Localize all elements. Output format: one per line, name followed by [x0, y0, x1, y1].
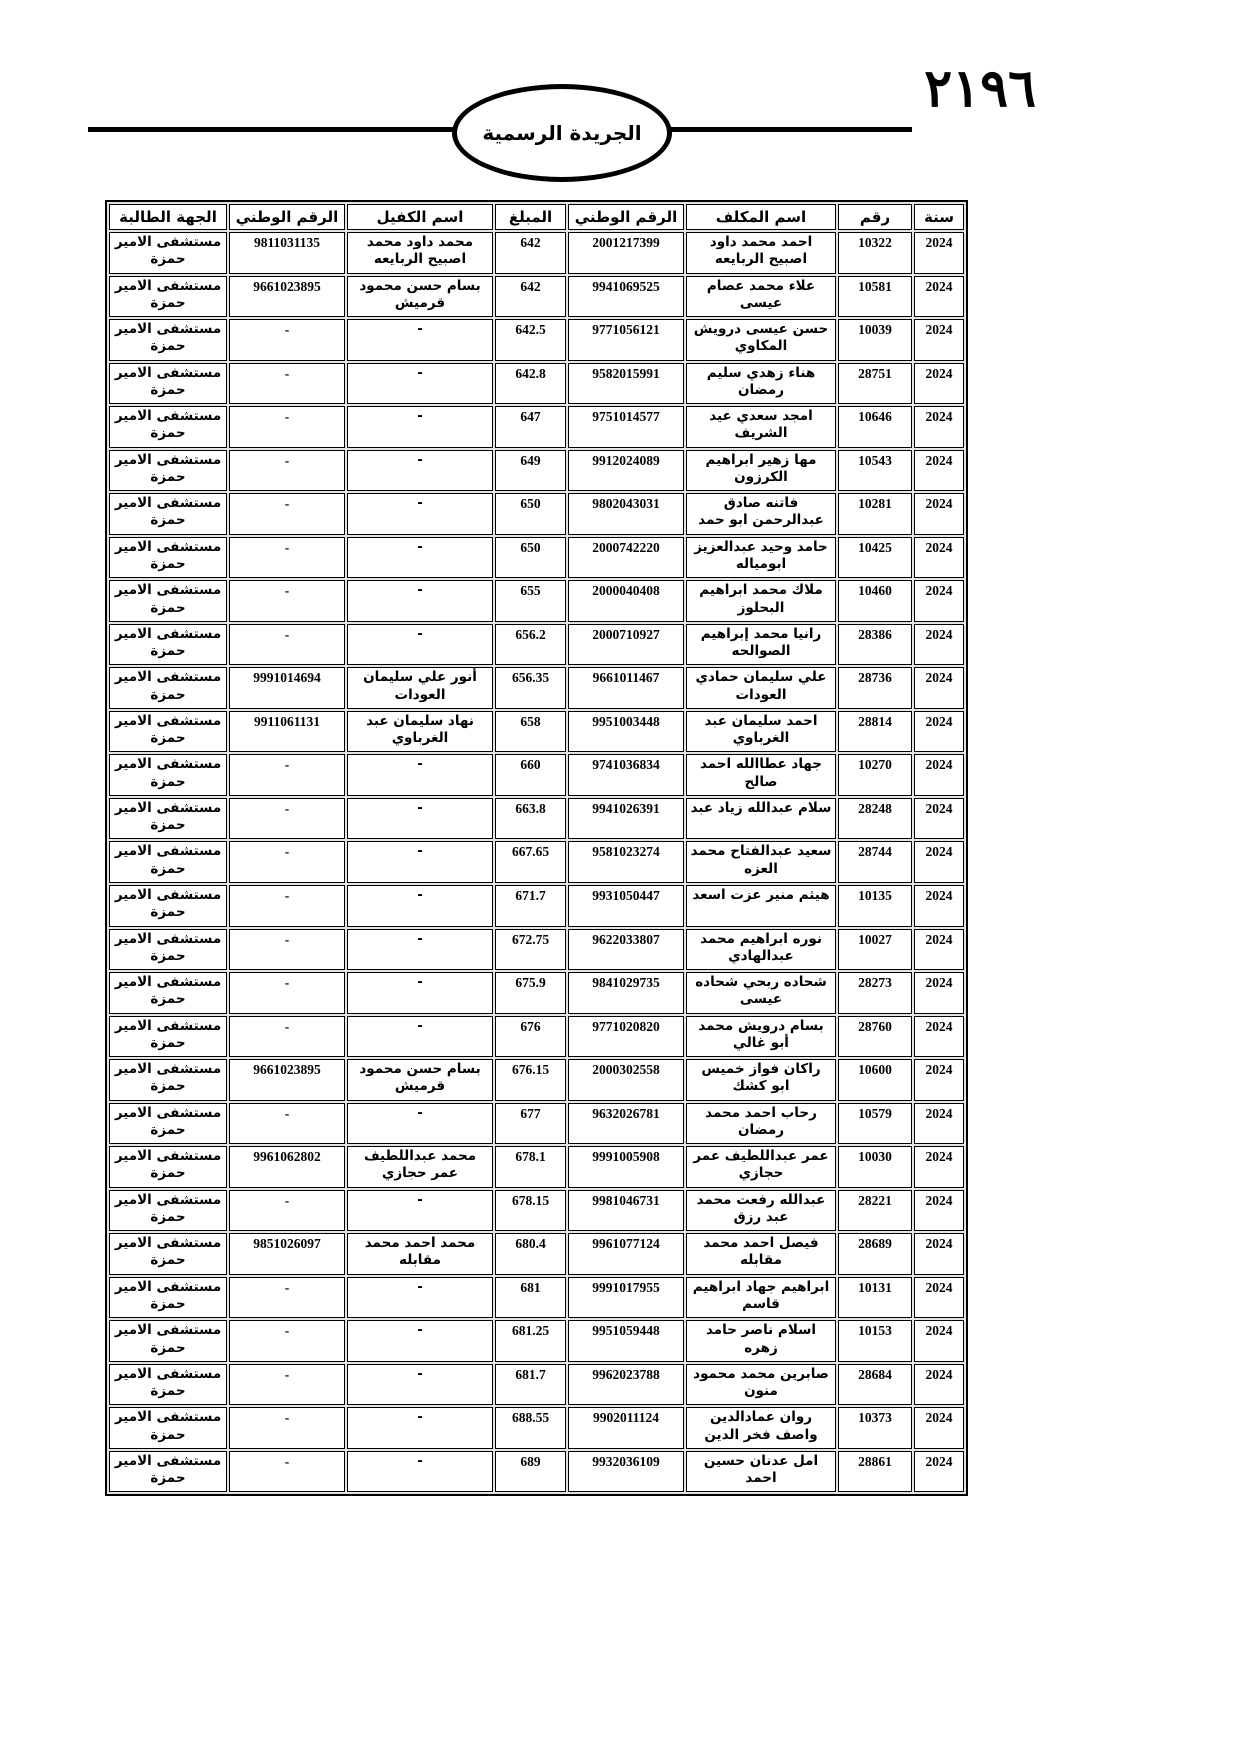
cell-year: 2024 — [914, 319, 964, 361]
cell-taxpayer_name: حسن عيسى درويش المكاوي — [686, 319, 836, 361]
cell-guarantor_national_id: - — [229, 972, 345, 1014]
table-row: 202410135هيثم منير عزت اسعد9931050447671… — [109, 885, 964, 927]
cell-guarantor_national_id: - — [229, 798, 345, 840]
cell-amount: 672.75 — [495, 929, 566, 971]
cell-amount: 689 — [495, 1451, 566, 1493]
cell-taxpayer_name: هيثم منير عزت اسعد — [686, 885, 836, 927]
cell-requesting_entity: مستشفى الامير حمزة — [109, 363, 227, 405]
cell-taxpayer_name: امل عدنان حسين احمد — [686, 1451, 836, 1493]
cell-taxpayer_name: علاء محمد عصام عيسى — [686, 276, 836, 318]
cell-year: 2024 — [914, 363, 964, 405]
cell-national_id: 9622033807 — [568, 929, 684, 971]
cell-national_id: 9981046731 — [568, 1190, 684, 1232]
cell-guarantor_national_id: - — [229, 1277, 345, 1319]
cell-year: 2024 — [914, 537, 964, 579]
cell-amount: 650 — [495, 537, 566, 579]
cell-guarantor_name: - — [347, 624, 493, 666]
cell-number: 10270 — [838, 754, 912, 796]
cell-taxpayer_name: ملاك محمد ابراهيم البحلوز — [686, 580, 836, 622]
cell-taxpayer_name: عبدالله رفعت محمد عبد رزق — [686, 1190, 836, 1232]
cell-guarantor_national_id: - — [229, 319, 345, 361]
cell-guarantor_name: - — [347, 450, 493, 492]
gazette-page: ٢١٩٦ الجريدة الرسمية سنةرقماسم المكلفالر… — [0, 0, 1241, 1754]
cell-number: 10581 — [838, 276, 912, 318]
cell-year: 2024 — [914, 406, 964, 448]
cell-amount: 655 — [495, 580, 566, 622]
cell-guarantor_name: - — [347, 363, 493, 405]
cell-amount: 688.55 — [495, 1407, 566, 1449]
cell-year: 2024 — [914, 1451, 964, 1493]
cell-number: 28248 — [838, 798, 912, 840]
table-row: 202410646امجد سعدي عيد الشريف97510145776… — [109, 406, 964, 448]
cell-number: 28814 — [838, 711, 912, 753]
cell-guarantor_name: بسام حسن محمود قرميش — [347, 276, 493, 318]
cell-requesting_entity: مستشفى الامير حمزة — [109, 1016, 227, 1058]
cell-taxpayer_name: نوره ابراهيم محمد عبدالهادي — [686, 929, 836, 971]
table-row: 202428386رانيا محمد إبراهيم الصوالحه2000… — [109, 624, 964, 666]
cell-year: 2024 — [914, 1103, 964, 1145]
cell-number: 28684 — [838, 1364, 912, 1406]
table-row: 202410153اسلام ناصر حامد زهره99510594486… — [109, 1320, 964, 1362]
cell-year: 2024 — [914, 232, 964, 274]
cell-taxpayer_name: رانيا محمد إبراهيم الصوالحه — [686, 624, 836, 666]
cell-requesting_entity: مستشفى الامير حمزة — [109, 1407, 227, 1449]
cell-year: 2024 — [914, 1059, 964, 1101]
cell-amount: 675.9 — [495, 972, 566, 1014]
cell-number: 10135 — [838, 885, 912, 927]
cell-guarantor_national_id: 9911061131 — [229, 711, 345, 753]
cell-requesting_entity: مستشفى الامير حمزة — [109, 798, 227, 840]
cell-guarantor_national_id: - — [229, 1016, 345, 1058]
cell-requesting_entity: مستشفى الامير حمزة — [109, 841, 227, 883]
cell-taxpayer_name: صابرين محمد محمود منون — [686, 1364, 836, 1406]
table-header: سنةرقماسم المكلفالرقم الوطنيالمبلغاسم ال… — [109, 204, 964, 230]
cell-guarantor_national_id: - — [229, 1190, 345, 1232]
cell-requesting_entity: مستشفى الامير حمزة — [109, 1146, 227, 1188]
cell-requesting_entity: مستشفى الامير حمزة — [109, 276, 227, 318]
cell-number: 28760 — [838, 1016, 912, 1058]
cell-year: 2024 — [914, 624, 964, 666]
cell-requesting_entity: مستشفى الامير حمزة — [109, 1059, 227, 1101]
cell-taxpayer_name: فاتنه صادق عبدالرحمن ابو حمد — [686, 493, 836, 535]
cell-taxpayer_name: علي سليمان حمادي العودات — [686, 667, 836, 709]
cell-amount: 681.7 — [495, 1364, 566, 1406]
table-row: 202410270جهاد عطاالله احمد صالح974103683… — [109, 754, 964, 796]
cell-number: 28689 — [838, 1233, 912, 1275]
cell-guarantor_name: - — [347, 1103, 493, 1145]
cell-requesting_entity: مستشفى الامير حمزة — [109, 1320, 227, 1362]
cell-guarantor_name: محمد داود محمد اصبيح الربايعه — [347, 232, 493, 274]
cell-guarantor_national_id: - — [229, 624, 345, 666]
cell-requesting_entity: مستشفى الامير حمزة — [109, 1451, 227, 1493]
cell-number: 28386 — [838, 624, 912, 666]
cell-amount: 676.15 — [495, 1059, 566, 1101]
table-row: 202410460ملاك محمد ابراهيم البحلوز200004… — [109, 580, 964, 622]
column-header-requesting_entity: الجهة الطالبة — [109, 204, 227, 230]
cell-year: 2024 — [914, 1364, 964, 1406]
cell-national_id: 9932036109 — [568, 1451, 684, 1493]
cell-guarantor_name: - — [347, 929, 493, 971]
cell-year: 2024 — [914, 667, 964, 709]
cell-national_id: 9841029735 — [568, 972, 684, 1014]
cell-amount: 642 — [495, 232, 566, 274]
cell-taxpayer_name: فيصل احمد محمد مقابله — [686, 1233, 836, 1275]
cell-taxpayer_name: رحاب احمد محمد رمضان — [686, 1103, 836, 1145]
cell-requesting_entity: مستشفى الامير حمزة — [109, 972, 227, 1014]
cell-requesting_entity: مستشفى الامير حمزة — [109, 1103, 227, 1145]
cell-number: 10027 — [838, 929, 912, 971]
cell-guarantor_national_id: 9851026097 — [229, 1233, 345, 1275]
cell-taxpayer_name: بسام درويش محمد أبو غالي — [686, 1016, 836, 1058]
cell-number: 10030 — [838, 1146, 912, 1188]
cell-requesting_entity: مستشفى الامير حمزة — [109, 319, 227, 361]
cell-requesting_entity: مستشفى الامير حمزة — [109, 450, 227, 492]
cell-amount: 660 — [495, 754, 566, 796]
cell-national_id: 9962023788 — [568, 1364, 684, 1406]
cell-number: 10579 — [838, 1103, 912, 1145]
table-row: 202428751هناء زهدي سليم رمضان95820159916… — [109, 363, 964, 405]
cell-national_id: 9582015991 — [568, 363, 684, 405]
table-row: 202410131ابراهيم جهاد ابراهيم قاسم999101… — [109, 1277, 964, 1319]
cell-requesting_entity: مستشفى الامير حمزة — [109, 754, 227, 796]
cell-national_id: 9912024089 — [568, 450, 684, 492]
cell-number: 10039 — [838, 319, 912, 361]
cell-year: 2024 — [914, 1233, 964, 1275]
cell-amount: 656.2 — [495, 624, 566, 666]
cell-year: 2024 — [914, 276, 964, 318]
cell-national_id: 2000040408 — [568, 580, 684, 622]
cell-requesting_entity: مستشفى الامير حمزة — [109, 1277, 227, 1319]
table-row: 202428861امل عدنان حسين احمد993203610968… — [109, 1451, 964, 1493]
cell-national_id: 2000710927 — [568, 624, 684, 666]
cell-taxpayer_name: جهاد عطاالله احمد صالح — [686, 754, 836, 796]
cell-guarantor_national_id: - — [229, 754, 345, 796]
cell-guarantor_name: - — [347, 1407, 493, 1449]
cell-guarantor_national_id: - — [229, 1407, 345, 1449]
cell-number: 10460 — [838, 580, 912, 622]
column-header-guarantor_name: اسم الكفيل — [347, 204, 493, 230]
cell-guarantor_national_id: - — [229, 493, 345, 535]
cell-year: 2024 — [914, 1320, 964, 1362]
column-header-number: رقم — [838, 204, 912, 230]
cell-national_id: 9941026391 — [568, 798, 684, 840]
cell-guarantor_name: محمد احمد محمد مقابله — [347, 1233, 493, 1275]
cell-requesting_entity: مستشفى الامير حمزة — [109, 929, 227, 971]
gazette-title-oval: الجريدة الرسمية — [452, 84, 672, 182]
cell-number: 28736 — [838, 667, 912, 709]
cell-number: 28861 — [838, 1451, 912, 1493]
cell-guarantor_name: - — [347, 1320, 493, 1362]
cell-amount: 663.8 — [495, 798, 566, 840]
cell-guarantor_national_id: 9991014694 — [229, 667, 345, 709]
cell-requesting_entity: مستشفى الامير حمزة — [109, 1364, 227, 1406]
cell-guarantor_name: محمد عبداللطيف عمر حجازي — [347, 1146, 493, 1188]
cell-taxpayer_name: ابراهيم جهاد ابراهيم قاسم — [686, 1277, 836, 1319]
cell-year: 2024 — [914, 972, 964, 1014]
table-row: 202410425حامد وحيد عبدالعزيز ابومياله200… — [109, 537, 964, 579]
table-row: 202410030عمر عبداللطيف عمر حجازي99910059… — [109, 1146, 964, 1188]
cell-amount: 671.7 — [495, 885, 566, 927]
table-row: 202428273شحاده ربحي شحاده عيسى9841029735… — [109, 972, 964, 1014]
cell-requesting_entity: مستشفى الامير حمزة — [109, 493, 227, 535]
cell-year: 2024 — [914, 580, 964, 622]
cell-taxpayer_name: مها زهير ابراهيم الكرزون — [686, 450, 836, 492]
cell-taxpayer_name: سعيد عبدالفتاح محمد العزه — [686, 841, 836, 883]
cell-guarantor_national_id: - — [229, 1103, 345, 1145]
cell-number: 10281 — [838, 493, 912, 535]
cell-guarantor_national_id: 9661023895 — [229, 1059, 345, 1101]
table-row: 202410373روان عمادالدين واصف فخر الدين99… — [109, 1407, 964, 1449]
table-body: 202410322احمد محمد داود اصبيح الربايعه20… — [109, 232, 964, 1492]
cell-number: 28744 — [838, 841, 912, 883]
cell-number: 28273 — [838, 972, 912, 1014]
cell-taxpayer_name: احمد محمد داود اصبيح الربايعه — [686, 232, 836, 274]
cell-national_id: 9632026781 — [568, 1103, 684, 1145]
cell-amount: 677 — [495, 1103, 566, 1145]
cell-guarantor_national_id: - — [229, 450, 345, 492]
table-row: 202428684صابرين محمد محمود منون996202378… — [109, 1364, 964, 1406]
table-row: 202410039حسن عيسى درويش المكاوي977105612… — [109, 319, 964, 361]
cell-number: 10425 — [838, 537, 912, 579]
table-row: 202410579رحاب احمد محمد رمضان96320267816… — [109, 1103, 964, 1145]
cell-year: 2024 — [914, 493, 964, 535]
table-row: 202428814احمد سليمان عبد الغرباوي9951003… — [109, 711, 964, 753]
cell-guarantor_national_id: - — [229, 580, 345, 622]
cell-amount: 642.5 — [495, 319, 566, 361]
cell-amount: 649 — [495, 450, 566, 492]
cell-number: 10543 — [838, 450, 912, 492]
cell-taxpayer_name: روان عمادالدين واصف فخر الدين — [686, 1407, 836, 1449]
cell-year: 2024 — [914, 1190, 964, 1232]
cell-guarantor_name: - — [347, 406, 493, 448]
cell-national_id: 2000742220 — [568, 537, 684, 579]
cell-amount: 650 — [495, 493, 566, 535]
cell-year: 2024 — [914, 711, 964, 753]
cell-requesting_entity: مستشفى الامير حمزة — [109, 232, 227, 274]
cell-guarantor_name: - — [347, 1016, 493, 1058]
cell-requesting_entity: مستشفى الامير حمزة — [109, 1233, 227, 1275]
table-row: 202410322احمد محمد داود اصبيح الربايعه20… — [109, 232, 964, 274]
cell-number: 10131 — [838, 1277, 912, 1319]
cell-national_id: 9661011467 — [568, 667, 684, 709]
cell-amount: 642.8 — [495, 363, 566, 405]
cell-amount: 678.1 — [495, 1146, 566, 1188]
table-row: 202428248سلام عبدالله زياد عبد9941026391… — [109, 798, 964, 840]
cell-guarantor_name: - — [347, 798, 493, 840]
column-header-national_id: الرقم الوطني — [568, 204, 684, 230]
cell-national_id: 9802043031 — [568, 493, 684, 535]
cell-guarantor_name: - — [347, 580, 493, 622]
cell-year: 2024 — [914, 1407, 964, 1449]
cell-national_id: 9581023274 — [568, 841, 684, 883]
cell-number: 10646 — [838, 406, 912, 448]
cell-number: 10153 — [838, 1320, 912, 1362]
cell-year: 2024 — [914, 450, 964, 492]
cell-taxpayer_name: راكان فواز خميس ابو كشك — [686, 1059, 836, 1101]
cell-guarantor_national_id: - — [229, 363, 345, 405]
cell-national_id: 9751014577 — [568, 406, 684, 448]
cell-national_id: 9741036834 — [568, 754, 684, 796]
cell-amount: 656.35 — [495, 667, 566, 709]
table-row: 202410581علاء محمد عصام عيسى994106952564… — [109, 276, 964, 318]
table-row: 202410600راكان فواز خميس ابو كشك20003025… — [109, 1059, 964, 1101]
cell-taxpayer_name: حامد وحيد عبدالعزيز ابومياله — [686, 537, 836, 579]
cell-guarantor_national_id: 9961062802 — [229, 1146, 345, 1188]
cell-amount: 676 — [495, 1016, 566, 1058]
table-row: 202428689فيصل احمد محمد مقابله9961077124… — [109, 1233, 964, 1275]
cell-taxpayer_name: اسلام ناصر حامد زهره — [686, 1320, 836, 1362]
cell-amount: 681.25 — [495, 1320, 566, 1362]
cell-national_id: 9991005908 — [568, 1146, 684, 1188]
table-header-row: سنةرقماسم المكلفالرقم الوطنيالمبلغاسم ال… — [109, 204, 964, 230]
cell-number: 28751 — [838, 363, 912, 405]
cell-guarantor_national_id: 9811031135 — [229, 232, 345, 274]
cell-number: 28221 — [838, 1190, 912, 1232]
cell-guarantor_national_id: 9661023895 — [229, 276, 345, 318]
cell-requesting_entity: مستشفى الامير حمزة — [109, 1190, 227, 1232]
column-header-amount: المبلغ — [495, 204, 566, 230]
cell-guarantor_name: - — [347, 319, 493, 361]
cell-taxpayer_name: سلام عبدالله زياد عبد — [686, 798, 836, 840]
cell-number: 10322 — [838, 232, 912, 274]
cell-guarantor_national_id: - — [229, 1320, 345, 1362]
cell-guarantor_name: - — [347, 1451, 493, 1493]
cell-amount: 678.15 — [495, 1190, 566, 1232]
cell-guarantor_name: أنور علي سليمان العودات — [347, 667, 493, 709]
cell-guarantor_national_id: - — [229, 841, 345, 883]
cell-year: 2024 — [914, 754, 964, 796]
table-row: 202428744سعيد عبدالفتاح محمد العزه958102… — [109, 841, 964, 883]
cell-guarantor_name: بسام حسن محمود قرميش — [347, 1059, 493, 1101]
cell-year: 2024 — [914, 1146, 964, 1188]
cell-guarantor_name: نهاد سليمان عبد الغرباوي — [347, 711, 493, 753]
cell-guarantor_name: - — [347, 1190, 493, 1232]
cell-year: 2024 — [914, 798, 964, 840]
cell-guarantor_national_id: - — [229, 885, 345, 927]
cell-national_id: 9951059448 — [568, 1320, 684, 1362]
cell-taxpayer_name: عمر عبداللطيف عمر حجازي — [686, 1146, 836, 1188]
cell-guarantor_name: - — [347, 841, 493, 883]
cell-requesting_entity: مستشفى الامير حمزة — [109, 580, 227, 622]
cell-guarantor_name: - — [347, 885, 493, 927]
cell-national_id: 9771020820 — [568, 1016, 684, 1058]
cell-guarantor_name: - — [347, 1277, 493, 1319]
cell-guarantor_name: - — [347, 537, 493, 579]
cell-national_id: 2000302558 — [568, 1059, 684, 1101]
cell-national_id: 9991017955 — [568, 1277, 684, 1319]
cell-number: 10600 — [838, 1059, 912, 1101]
cell-national_id: 9902011124 — [568, 1407, 684, 1449]
column-header-year: سنة — [914, 204, 964, 230]
cell-guarantor_name: - — [347, 754, 493, 796]
table-row: 202428760بسام درويش محمد أبو غالي9771020… — [109, 1016, 964, 1058]
cell-amount: 680.4 — [495, 1233, 566, 1275]
cell-guarantor_national_id: - — [229, 929, 345, 971]
cell-guarantor_name: - — [347, 972, 493, 1014]
cell-taxpayer_name: شحاده ربحي شحاده عيسى — [686, 972, 836, 1014]
cell-amount: 658 — [495, 711, 566, 753]
table-row: 202428221عبدالله رفعت محمد عبد رزق998104… — [109, 1190, 964, 1232]
table-row: 202410281فاتنه صادق عبدالرحمن ابو حمد980… — [109, 493, 964, 535]
cell-requesting_entity: مستشفى الامير حمزة — [109, 537, 227, 579]
cell-requesting_entity: مستشفى الامير حمزة — [109, 624, 227, 666]
cell-guarantor_name: - — [347, 1364, 493, 1406]
cell-guarantor_national_id: - — [229, 406, 345, 448]
table-row: 202410543مها زهير ابراهيم الكرزون9912024… — [109, 450, 964, 492]
cell-guarantor_name: - — [347, 493, 493, 535]
cell-amount: 647 — [495, 406, 566, 448]
cell-year: 2024 — [914, 841, 964, 883]
cell-national_id: 9771056121 — [568, 319, 684, 361]
cell-taxpayer_name: هناء زهدي سليم رمضان — [686, 363, 836, 405]
cell-national_id: 9931050447 — [568, 885, 684, 927]
cell-requesting_entity: مستشفى الامير حمزة — [109, 667, 227, 709]
cell-amount: 667.65 — [495, 841, 566, 883]
records-table: سنةرقماسم المكلفالرقم الوطنيالمبلغاسم ال… — [105, 200, 968, 1496]
cell-guarantor_national_id: - — [229, 1451, 345, 1493]
column-header-taxpayer_name: اسم المكلف — [686, 204, 836, 230]
cell-number: 10373 — [838, 1407, 912, 1449]
cell-year: 2024 — [914, 929, 964, 971]
cell-amount: 681 — [495, 1277, 566, 1319]
cell-requesting_entity: مستشفى الامير حمزة — [109, 711, 227, 753]
cell-national_id: 2001217399 — [568, 232, 684, 274]
cell-requesting_entity: مستشفى الامير حمزة — [109, 885, 227, 927]
cell-guarantor_national_id: - — [229, 1364, 345, 1406]
table-row: 202410027نوره ابراهيم محمد عبدالهادي9622… — [109, 929, 964, 971]
cell-national_id: 9951003448 — [568, 711, 684, 753]
cell-year: 2024 — [914, 1277, 964, 1319]
cell-year: 2024 — [914, 885, 964, 927]
cell-national_id: 9941069525 — [568, 276, 684, 318]
gazette-title: الجريدة الرسمية — [482, 121, 641, 145]
cell-national_id: 9961077124 — [568, 1233, 684, 1275]
cell-taxpayer_name: امجد سعدي عيد الشريف — [686, 406, 836, 448]
page-number: ٢١٩٦ — [924, 58, 1036, 119]
cell-requesting_entity: مستشفى الامير حمزة — [109, 406, 227, 448]
table-row: 202428736علي سليمان حمادي العودات9661011… — [109, 667, 964, 709]
cell-year: 2024 — [914, 1016, 964, 1058]
cell-taxpayer_name: احمد سليمان عبد الغرباوي — [686, 711, 836, 753]
column-header-guarantor_national_id: الرقم الوطني — [229, 204, 345, 230]
cell-guarantor_national_id: - — [229, 537, 345, 579]
cell-amount: 642 — [495, 276, 566, 318]
